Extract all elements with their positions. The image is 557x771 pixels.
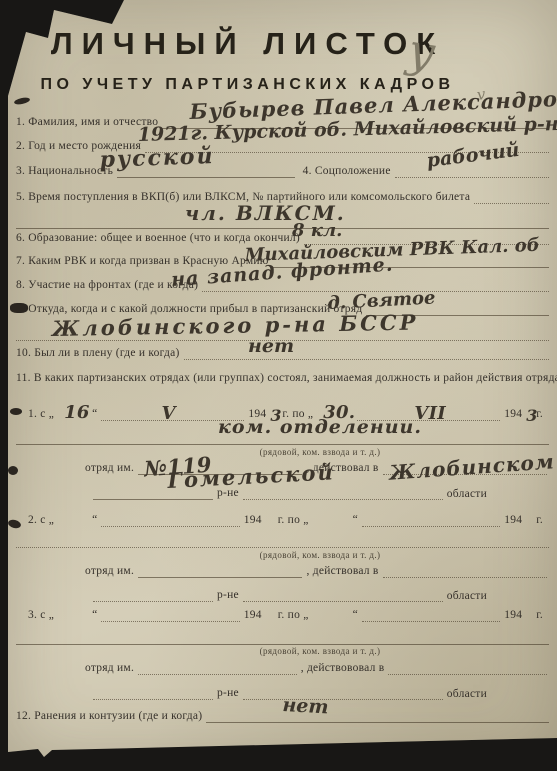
- ink-blot: [14, 96, 31, 105]
- entry-1-month-from-handwriting: V: [162, 405, 176, 423]
- document-paper: ЛИЧНЫЙ ЛИСТОК ПО УЧЕТУ ПАРТИЗАНСКИХ КАДР…: [8, 0, 557, 762]
- scanned-document-page: { "document": { "title": "ЛИЧНЫЙ ЛИСТОК"…: [0, 0, 557, 771]
- ink-blot: [10, 303, 28, 313]
- entry-3-year-from-slot: [266, 608, 278, 622]
- field-5-underline: [474, 189, 549, 204]
- entry-2-quote-2: “: [353, 514, 362, 527]
- field-11-row: 11. В каких партизанских отрядах (или гр…: [16, 370, 543, 387]
- entry-1-acted-underline: Жлобинском: [383, 460, 547, 475]
- ink-blot: [7, 518, 22, 529]
- entry-2-year-from-slot: [266, 513, 278, 527]
- entry-3-prefix: 3. с „: [28, 609, 58, 622]
- entry-2-otryad-label: отряд им.: [85, 565, 138, 578]
- entry-2-day-to-slot: [313, 513, 353, 527]
- entry-2-otryad-underline: [138, 563, 302, 578]
- entry-3-region-underline: [243, 685, 443, 700]
- field-12-handwriting: нет: [282, 696, 329, 717]
- entry-1-year-to-handwriting: 3: [526, 408, 537, 424]
- entry-3-day-to-slot: [313, 608, 353, 622]
- entry-2-rank-hint: (рядовой, ком. взвода и т. д.): [83, 550, 557, 560]
- entry-1-day-from-handwriting: 16: [64, 404, 90, 422]
- entry-2-position-row: [16, 533, 549, 548]
- pencil-mark: у: [405, 27, 439, 77]
- entry-2-position-underline: [16, 533, 549, 548]
- entry-2-to-prefix: г. по „: [278, 514, 313, 527]
- entry-3-acted-underline: [388, 660, 547, 675]
- entry-1-day-from-slot: 16: [58, 407, 92, 421]
- entry-1-oblast-label: области: [443, 488, 487, 500]
- entry-2-year-to-slot: [526, 513, 536, 527]
- entry-1-position-handwriting: ком. отделении.: [218, 418, 422, 437]
- field-6-handwriting: 8 кл.: [292, 222, 342, 240]
- entry-3-region-lead-underline: [93, 685, 213, 700]
- entry-1-region-row: р-не области: [93, 485, 487, 500]
- entry-2-region-row: р-не области: [93, 587, 487, 602]
- entry-2-prefix: 2. с „: [28, 514, 58, 527]
- field-9-handwriting-2: Жлобинского р-на БССР: [52, 312, 419, 339]
- entry-3-otryad-label: отряд им.: [85, 662, 138, 675]
- entry-2-day-from-slot: [58, 513, 92, 527]
- entry-3-to-prefix: г. по „: [278, 609, 313, 622]
- entry-3-otryad-row: отряд им. , действововал в: [85, 660, 547, 675]
- entry-2-year-suffix: г.: [536, 514, 547, 527]
- entry-1-quote: “: [92, 408, 101, 421]
- entry-3-year-to-slot: [526, 608, 536, 622]
- entry-2-year-to-prefix: 194: [500, 514, 526, 527]
- entry-3-otryad-underline: [138, 660, 297, 675]
- ink-blot: [10, 408, 22, 415]
- entry-1-year-to-slot: 3: [526, 407, 536, 421]
- field-10-handwriting: нет: [248, 337, 294, 356]
- entry-3-dates-row: 3. с „ “ 194 г. по „ “ 194 г.: [28, 607, 547, 622]
- field-6-label: 6. Образование: общее и военное (что и к…: [16, 232, 304, 245]
- entry-1-year-suffix: г.: [536, 408, 547, 421]
- entry-2-otryad-row: отряд им. , действовал в: [85, 563, 547, 578]
- entry-2-month-to-underline: [362, 512, 500, 527]
- field-3-handwriting: русской: [99, 145, 215, 171]
- entry-3-year-suffix: г.: [536, 609, 547, 622]
- field-12-label: 12. Ранения и контузии (где и когда): [16, 710, 206, 723]
- entry-3-month-to-underline: [362, 607, 500, 622]
- entry-3-rne-label: р-не: [213, 687, 243, 700]
- entry-2-year-from-prefix: 194: [240, 514, 266, 527]
- entry-2-acted-label: , действовал в: [302, 565, 382, 578]
- entry-3-quote-2: “: [353, 609, 362, 622]
- entry-2-region-lead-underline: [93, 587, 213, 602]
- entry-2-quote: “: [92, 514, 101, 527]
- entry-2-acted-underline: [383, 563, 547, 578]
- entry-3-day-from-slot: [58, 608, 92, 622]
- entry-3-rank-hint: (рядовой, ком. взвода и т. д.): [83, 646, 557, 656]
- entry-3-position-row: [16, 630, 549, 645]
- entry-3-quote: “: [92, 609, 101, 622]
- entry-3-acted-label: , действововал в: [297, 662, 389, 675]
- entry-2-month-from-underline: [101, 512, 239, 527]
- field-10-underline: [184, 345, 549, 360]
- entry-3-year-from-prefix: 194: [240, 609, 266, 622]
- entry-2-oblast-label: области: [443, 590, 487, 602]
- field-4-label: 4. Соцположение: [295, 165, 395, 178]
- entry-2-dates-row: 2. с „ “ 194 г. по „ “ 194 г.: [28, 512, 547, 527]
- entry-2-rne-label: р-не: [213, 589, 243, 602]
- entry-3-oblast-label: области: [443, 688, 487, 700]
- entry-3-year-to-prefix: 194: [500, 609, 526, 622]
- ink-blot: [8, 466, 18, 475]
- entry-1-year-to-prefix: 194: [500, 408, 526, 421]
- entry-3-position-underline: [16, 630, 549, 645]
- field-11-label: 11. В каких партизанских отрядах (или гр…: [16, 370, 557, 387]
- entry-2-region-underline: [243, 587, 443, 602]
- field-10-label: 10. Был ли в плену (где и когда): [16, 347, 184, 360]
- entry-1-prefix: 1. с „: [28, 408, 58, 421]
- field-12-underline: [206, 708, 549, 723]
- entry-1-otryad-label: отряд им.: [85, 462, 138, 475]
- entry-3-month-from-underline: [101, 607, 239, 622]
